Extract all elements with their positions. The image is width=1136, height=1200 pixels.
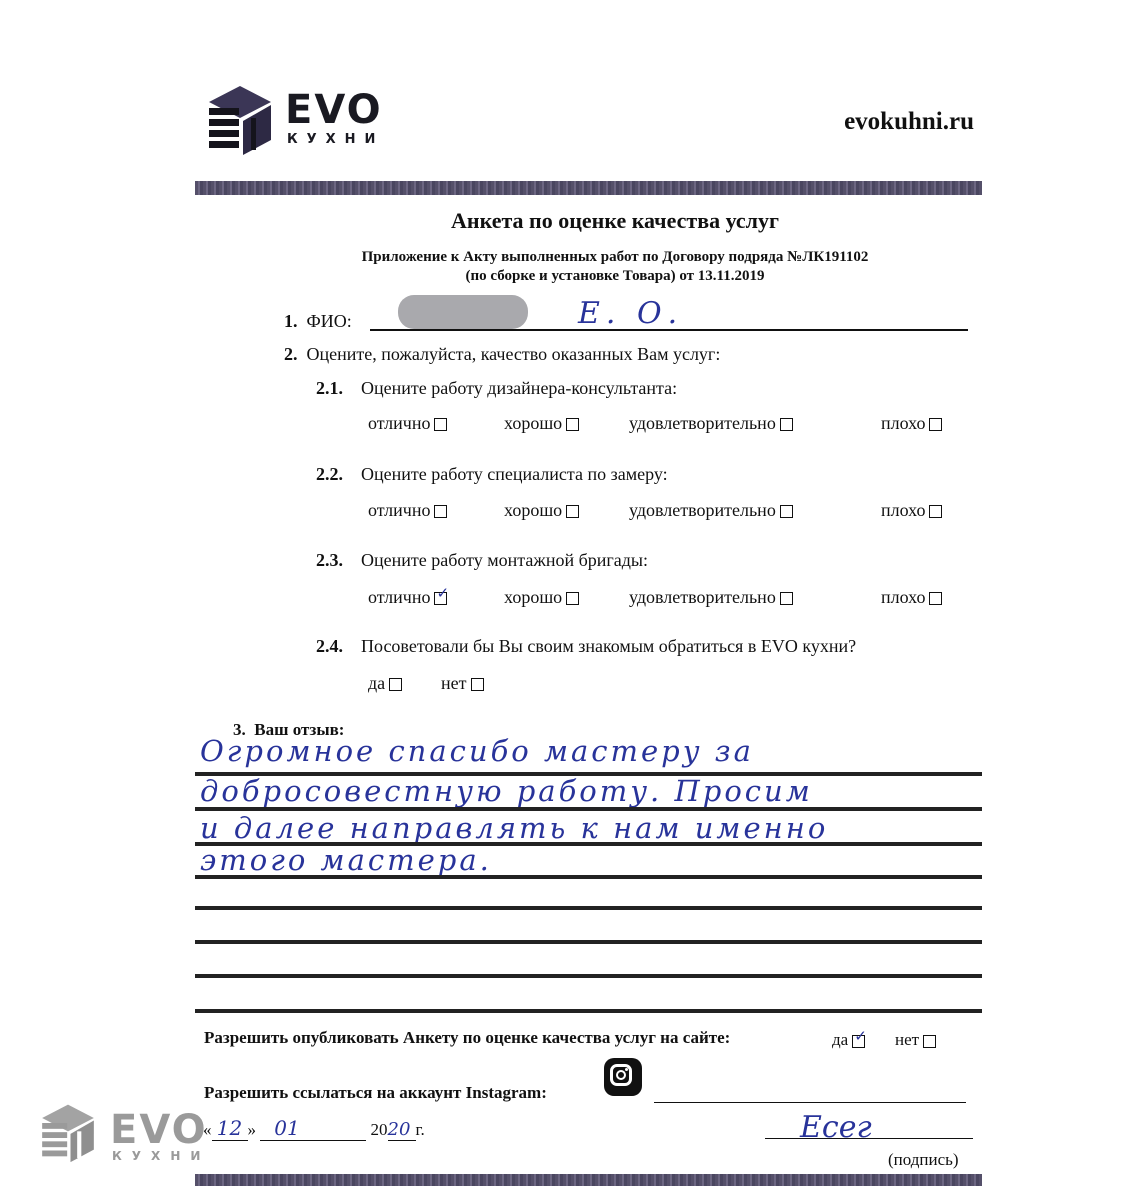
form-subtitle-line2: (по сборке и установке Товара) от 13.11.… xyxy=(0,268,1136,285)
checkbox[interactable] xyxy=(780,505,793,518)
question-1: 1. ФИО: xyxy=(284,311,352,332)
question-2-2: 2.2. Оцените работу специалиста по замер… xyxy=(316,464,668,485)
question-number: 2.2. xyxy=(316,464,343,484)
option-label: хорошо xyxy=(504,413,562,434)
website-url: evokuhni.ru xyxy=(844,108,974,136)
question-2-3-label: Оцените работу монтажной бригады: xyxy=(361,550,648,570)
review-text-line-1: Огромное спасибо мастеру за xyxy=(200,733,1020,770)
option-satisfactory[interactable]: удовлетворительно xyxy=(629,587,793,608)
watermark-logo-cube-icon xyxy=(35,1103,101,1163)
question-2: 2. Оцените, пожалуйста, качество оказанн… xyxy=(284,344,720,365)
date-day[interactable]: 12 xyxy=(212,1116,248,1141)
question-2-4: 2.4. Посоветовали бы Вы своим знакомым о… xyxy=(316,636,856,657)
checkbox[interactable] xyxy=(471,678,484,691)
option-label: да xyxy=(832,1030,848,1050)
checkbox[interactable] xyxy=(929,418,942,431)
review-text-line-2: добросовестную работу. Просим xyxy=(200,773,1020,810)
option-label: хорошо xyxy=(504,587,562,608)
option-excellent[interactable]: отлично xyxy=(368,500,447,521)
date-year[interactable]: 20 xyxy=(388,1119,416,1141)
option-label: нет xyxy=(441,673,467,694)
review-line xyxy=(195,772,982,776)
watermark-brand-sub: КУХНИ xyxy=(112,1149,210,1163)
option-yes[interactable]: да xyxy=(368,673,402,694)
question-2-1: 2.1. Оцените работу дизайнера-консультан… xyxy=(316,378,677,399)
question-2-3: 2.3. Оцените работу монтажной бригады: xyxy=(316,550,648,571)
checkbox[interactable] xyxy=(566,505,579,518)
option-label: плохо xyxy=(881,500,925,521)
option-poor[interactable]: плохо xyxy=(881,413,942,434)
question-2-1-label: Оцените работу дизайнера-консультанта: xyxy=(361,378,677,398)
option-good[interactable]: хорошо xyxy=(504,413,579,434)
question-2-4-label: Посоветовали бы Вы своим знакомым обрати… xyxy=(361,636,856,656)
instagram-icon xyxy=(604,1058,642,1096)
review-line xyxy=(195,974,982,978)
checkbox[interactable] xyxy=(566,592,579,605)
date-quote: » xyxy=(248,1120,257,1139)
option-satisfactory[interactable]: удовлетворительно xyxy=(629,500,793,521)
option-label: хорошо xyxy=(504,500,562,521)
review-line xyxy=(195,875,982,879)
question-number: 2. xyxy=(284,344,298,364)
checkbox[interactable] xyxy=(434,505,447,518)
date-month[interactable]: 01 xyxy=(260,1116,366,1141)
question-number: 2.3. xyxy=(316,550,343,570)
option-poor[interactable]: плохо xyxy=(881,587,942,608)
checkbox[interactable] xyxy=(434,418,447,431)
signature-handwritten: Есег xyxy=(800,1110,872,1145)
header-divider-band xyxy=(195,181,982,195)
option-label: отлично xyxy=(368,500,430,521)
evo-logo-cube-icon xyxy=(207,84,273,156)
question-number: 2.4. xyxy=(316,636,343,656)
date-year-prefix: 20 xyxy=(371,1120,388,1139)
option-label: удовлетворительно xyxy=(629,500,776,521)
redacted-surname xyxy=(398,295,528,329)
option-satisfactory[interactable]: удовлетворительно xyxy=(629,413,793,434)
checkbox[interactable] xyxy=(780,592,793,605)
publish-option-yes[interactable]: да xyxy=(832,1030,865,1050)
date-row: «12» 01 2020г. xyxy=(203,1116,425,1141)
option-label: плохо xyxy=(881,413,925,434)
checkbox[interactable] xyxy=(389,678,402,691)
brand-logo-text: EVO xyxy=(285,90,383,130)
checkbox-checked[interactable] xyxy=(852,1035,865,1048)
option-excellent[interactable]: отлично xyxy=(368,587,447,608)
instagram-consent-label: Разрешить ссылаться на аккаунт Instagram… xyxy=(204,1083,547,1103)
option-good[interactable]: хорошо xyxy=(504,587,579,608)
option-poor[interactable]: плохо xyxy=(881,500,942,521)
fio-label: ФИО: xyxy=(307,311,352,331)
fio-handwritten-value: Е. О. xyxy=(578,296,683,331)
checkbox[interactable] xyxy=(923,1035,936,1048)
review-line xyxy=(195,940,982,944)
review-line xyxy=(195,807,982,811)
question-number: 2.1. xyxy=(316,378,343,398)
review-line xyxy=(195,842,982,846)
question-2-2-label: Оцените работу специалиста по замеру: xyxy=(361,464,668,484)
form-subtitle-line1: Приложение к Акту выполненных работ по Д… xyxy=(0,249,1136,266)
checkbox[interactable] xyxy=(929,592,942,605)
option-label: да xyxy=(368,673,385,694)
option-label: удовлетворительно xyxy=(629,413,776,434)
question-number: 1. xyxy=(284,311,298,331)
question-2-label: Оцените, пожалуйста, качество оказанных … xyxy=(307,344,721,364)
option-no[interactable]: нет xyxy=(441,673,484,694)
checkbox-checked[interactable] xyxy=(434,592,447,605)
option-label: удовлетворительно xyxy=(629,587,776,608)
review-line xyxy=(195,1009,982,1013)
form-title: Анкета по оценке качества услуг xyxy=(0,208,1136,234)
option-label: плохо xyxy=(881,587,925,608)
date-suffix: г. xyxy=(416,1120,425,1139)
checkbox[interactable] xyxy=(929,505,942,518)
option-label: отлично xyxy=(368,587,430,608)
review-text-line-4: этого мастера. xyxy=(200,842,1020,879)
footer-divider-band xyxy=(195,1174,982,1186)
option-excellent[interactable]: отлично xyxy=(368,413,447,434)
signature-caption: (подпись) xyxy=(888,1150,959,1170)
option-label: отлично xyxy=(368,413,430,434)
checkbox[interactable] xyxy=(780,418,793,431)
watermark-brand: EVO xyxy=(110,1110,208,1150)
option-good[interactable]: хорошо xyxy=(504,500,579,521)
publish-consent-label: Разрешить опубликовать Анкету по оценке … xyxy=(204,1028,730,1048)
option-label: нет xyxy=(895,1030,919,1050)
publish-option-no[interactable]: нет xyxy=(895,1030,936,1050)
review-line xyxy=(195,906,982,910)
brand-logo-subtext: КУХНИ xyxy=(287,132,384,147)
checkbox[interactable] xyxy=(566,418,579,431)
instagram-account-field[interactable] xyxy=(654,1102,966,1103)
